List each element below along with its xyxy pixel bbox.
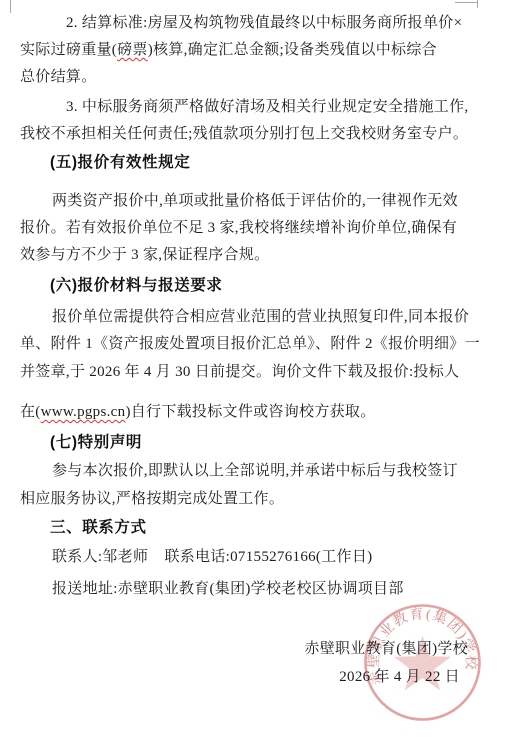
doc-line-download-url: 在(www.pgps.cn)自行下载投标文件或咨询校方获取。 bbox=[20, 403, 488, 422]
official-seal-stamp: 赤壁职业教育(集团)学校 bbox=[350, 590, 495, 735]
page-boundary-mark-top-left bbox=[10, 0, 11, 13]
doc-line-contact-person: 联系人:邹老师 联系电话:07155276166(工作日) bbox=[20, 548, 488, 567]
doc-line-attachments: 单、附件 1《资产报废处置项目报价汇总单》、附件 2《报价明细》一 bbox=[20, 335, 488, 354]
doc-line-acceptance: 参与本次报价,即默认以上全部说明,并承诺中标后与我校签订 bbox=[20, 462, 488, 481]
doc-line-agreement: 相应服务协议,严格按期完成处置工作。 bbox=[20, 490, 488, 509]
spellcheck-squiggle-url: www.pgps.cn bbox=[41, 404, 126, 420]
signature-date: 2026 年 4 月 22 日 bbox=[20, 668, 488, 687]
doc-line-min-bidders: 报价。若有效报价单位不足 3 家,我校将继续增补询价单位,确保有 bbox=[20, 219, 488, 238]
document-page: 2. 结算标准:房屋及构筑物残值最终以中标服务商所报单价× 实际过磅重量(磅票)… bbox=[0, 0, 508, 754]
spellcheck-squiggle-text: 磅票 bbox=[117, 42, 148, 58]
doc-line-deadline: 并签章,于 2026 年 4 月 30 日前提交。询价文件下载及报价:投标人 bbox=[20, 363, 488, 382]
heading-materials-submission: (六)报价材料与报送要求 bbox=[20, 276, 488, 295]
seal-circle bbox=[366, 606, 480, 720]
page-boundary-mark-top-right-vertical bbox=[477, 0, 478, 8]
doc-line-compliance: 效参与方不少于 3 家,保证程序合规。 bbox=[20, 246, 488, 265]
heading-quote-validity: (五)报价有效性规定 bbox=[20, 153, 488, 172]
doc-text: )自行下载投标文件或咨询校方获取。 bbox=[125, 404, 375, 420]
page-boundary-mark-top-right bbox=[455, 2, 478, 3]
doc-line-total-price: 总价结算。 bbox=[20, 68, 488, 87]
doc-text: )核算,确定汇总金额;设备类残值以中标综合 bbox=[148, 42, 437, 58]
signature-school-name: 赤壁职业教育(集团)学校 bbox=[20, 640, 488, 659]
doc-text: 实际过磅重量( bbox=[20, 42, 117, 58]
doc-line-settlement-standard: 2. 结算标准:房屋及构筑物残值最终以中标服务商所报单价× bbox=[20, 14, 488, 33]
heading-contact-info: 三、联系方式 bbox=[20, 518, 488, 537]
heading-special-statement: (七)特别声明 bbox=[20, 433, 488, 452]
doc-line-weighing: 实际过磅重量(磅票)核算,确定汇总金额;设备类残值以中标综合 bbox=[20, 41, 488, 60]
doc-text: 在( bbox=[20, 404, 41, 420]
seal-graphic: 赤壁职业教育(集团)学校 bbox=[350, 590, 495, 735]
doc-line-submission-address: 报送地址:赤壁职业教育(集团)学校老校区协调项目部 bbox=[20, 580, 488, 599]
doc-line-safety-item: 3. 中标服务商须严格做好清场及相关行业规定安全措施工作, bbox=[20, 98, 488, 117]
doc-line-liability: 我校不承担相关任何责任;残值款项分别打包上交我校财务室专户。 bbox=[20, 125, 488, 144]
doc-line-invalid-quote: 两类资产报价中,单项或批量价格低于评估价的,一律视作无效 bbox=[20, 192, 488, 211]
doc-line-license-copy: 报价单位需提供符合相应营业范围的营业执照复印件,同本报价 bbox=[20, 308, 488, 327]
